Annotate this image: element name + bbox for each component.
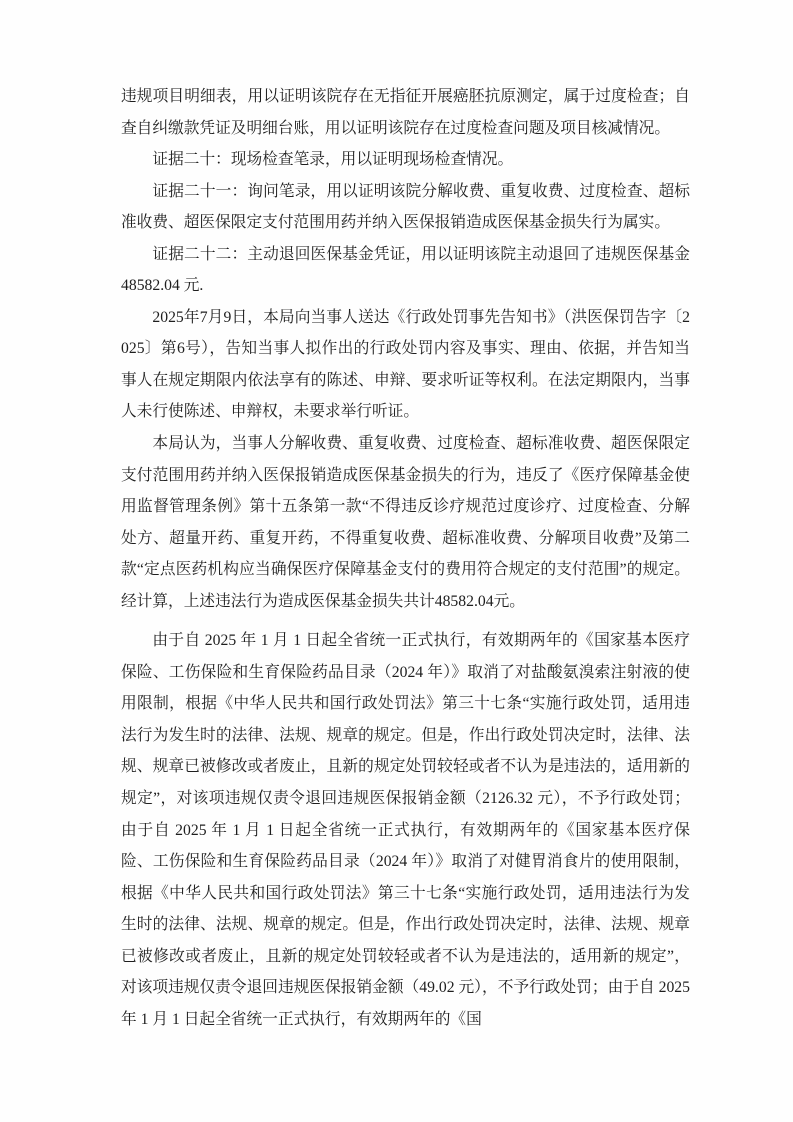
- paragraph-bureau-findings: 本局认为，当事人分解收费、重复收费、过度检查、超标准收费、超医保限定支付范围用药…: [121, 428, 690, 617]
- paragraph-evidence-19-continuation: 违规项目明细表，用以证明该院存在无指征开展癌胚抗原测定，属于过度检查；自查自纠缴…: [121, 81, 690, 144]
- paragraph-evidence-22: 证据二十二：主动退回医保基金凭证，用以证明该院主动退回了违规医保基金 48582…: [121, 239, 690, 302]
- paragraph-evidence-20: 证据二十：现场检查笔录，用以证明现场检查情况。: [121, 144, 690, 176]
- paragraph-prior-notice-service: 2025年7月9日，本局向当事人送达《行政处罚事先告知书》（洪医保罚告字〔202…: [121, 302, 690, 428]
- document-page: 违规项目明细表，用以证明该院存在无指征开展癌胚抗原测定，属于过度检查；自查自纠缴…: [0, 0, 793, 1122]
- paragraph-evidence-21: 证据二十一：询问笔录，用以证明该院分解收费、重复收费、过度检查、超标准收费、超医…: [121, 176, 690, 239]
- paragraph-non-penalty-determinations: 由于自 2025 年 1 月 1 日起全省统一正式执行，有效期两年的《国家基本医…: [121, 625, 690, 1035]
- document-body: 违规项目明细表，用以证明该院存在无指征开展癌胚抗原测定，属于过度检查；自查自纠缴…: [121, 81, 690, 1035]
